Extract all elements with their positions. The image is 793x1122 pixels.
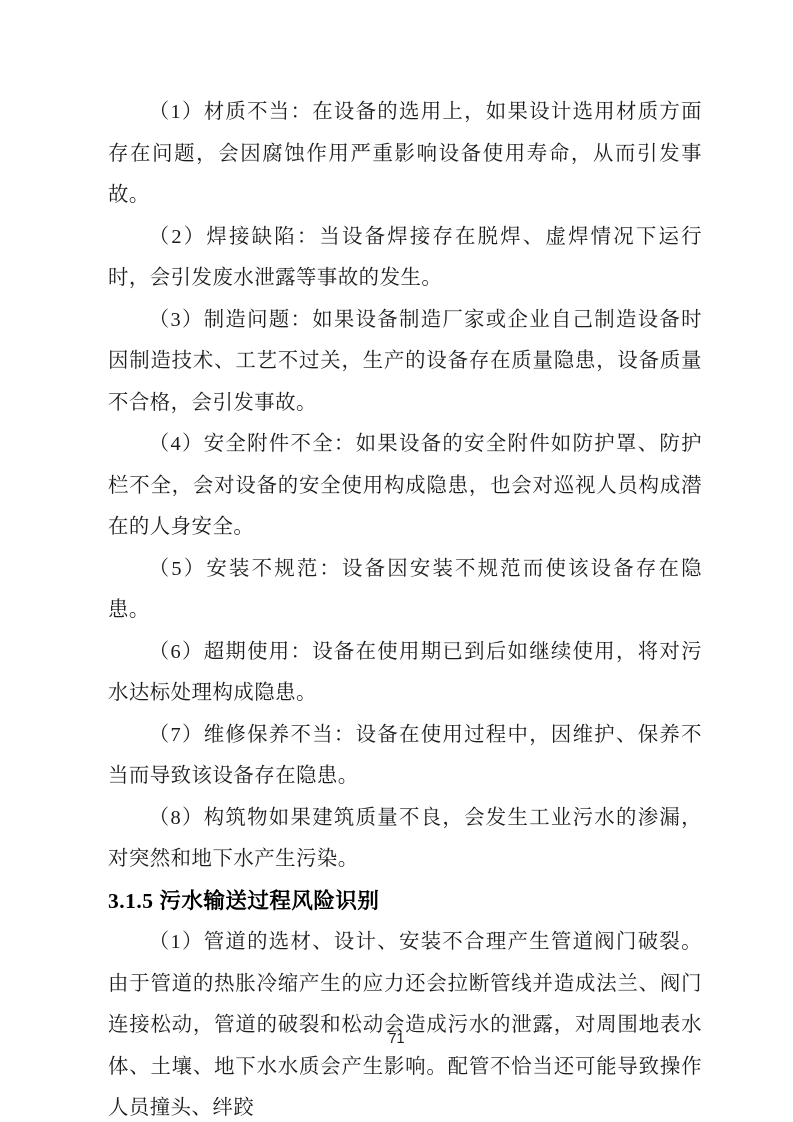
page-footer: 71	[0, 1030, 793, 1048]
para-manufacturing-problem: （3）制造问题：如果设备制造厂家或企业自己制造设备时因制造技术、工艺不过关，生产…	[108, 300, 702, 425]
para-safety-accessories: （4）安全附件不全：如果设备的安全附件如防护罩、防护栏不全，会对设备的安全使用构…	[108, 424, 702, 549]
section-heading-3-1-5: 3.1.5 污水输送过程风险识别	[108, 881, 702, 923]
para-installation-nonstandard: （5）安装不规范：设备因安装不规范而使该设备存在隐患。	[108, 549, 702, 632]
para-improper-maintenance: （7）维修保养不当：设备在使用过程中，因维护、保养不当而导致该设备存在隐患。	[108, 715, 702, 798]
document-page: （1）材质不当：在设备的选用上，如果设计选用材质方面存在问题，会因腐蚀作用严重影…	[0, 0, 793, 1122]
para-pipeline-risk: （1）管道的选材、设计、安装不合理产生管道阀门破裂。由于管道的热胀冷缩产生的应力…	[108, 922, 702, 1122]
para-welding-defect: （2）焊接缺陷：当设备焊接存在脱焊、虚焊情况下运行时，会引发废水泄露等事故的发生…	[108, 217, 702, 300]
para-structure-quality: （8）构筑物如果建筑质量不良，会发生工业污水的渗漏，对突然和地下水产生污染。	[108, 798, 702, 881]
para-material-defect: （1）材质不当：在设备的选用上，如果设计选用材质方面存在问题，会因腐蚀作用严重影…	[108, 92, 702, 217]
page-number: 71	[388, 1031, 404, 1047]
para-overdue-use: （6）超期使用：设备在使用期已到后如继续使用，将对污水达标处理构成隐患。	[108, 632, 702, 715]
